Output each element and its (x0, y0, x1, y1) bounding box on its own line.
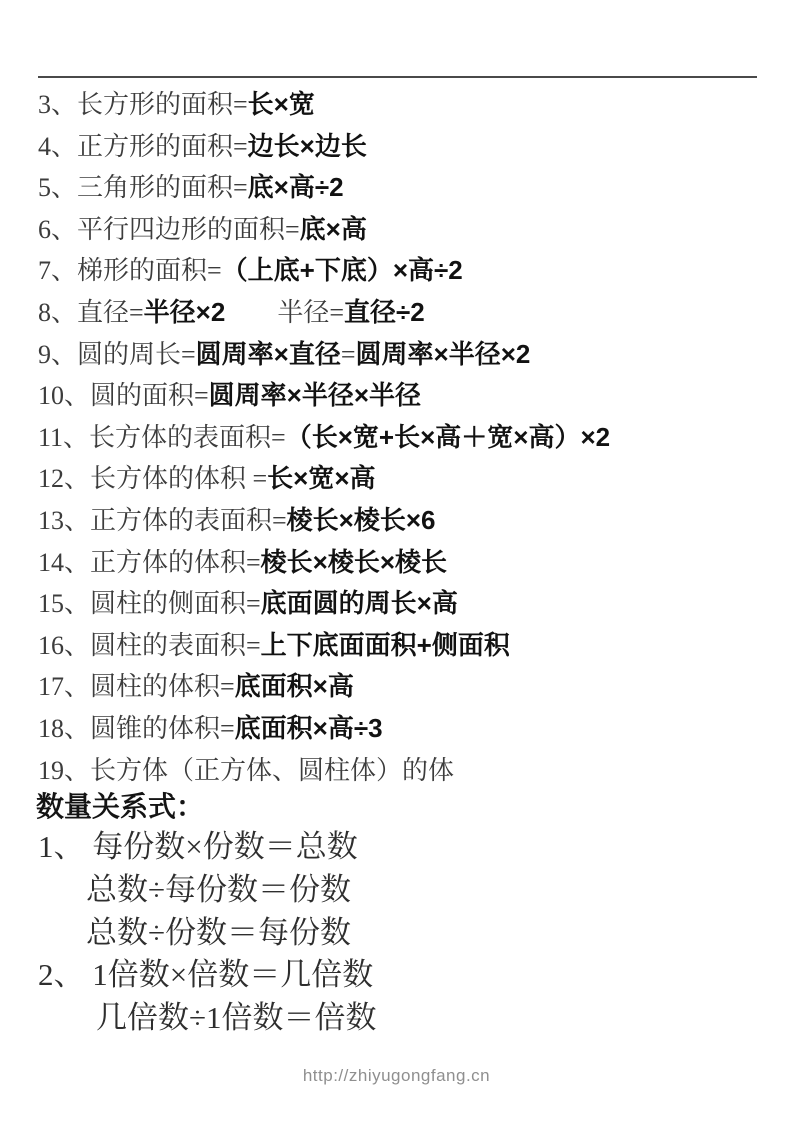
relations-heading: 数量关系式： (36, 790, 204, 824)
formula-expression: 底面圆的周长×高 (261, 588, 458, 618)
relation-line: 总数÷份数＝每份数 (38, 912, 777, 955)
formula-label: 7、梯形的面积= (38, 256, 222, 285)
formula-label: 15、圆柱的侧面积= (38, 589, 261, 618)
formula-line: 15、圆柱的侧面积=底面圆的周长×高 (38, 583, 777, 625)
formula-expression: 棱长×棱长×棱长 (261, 547, 447, 577)
formula-line: 7、梯形的面积=（上底+下底）×高÷2 (38, 250, 777, 292)
formula-label: = (341, 340, 356, 369)
document-page: 3、长方形的面积=长×宽4、正方形的面积=边长×边长5、三角形的面积=底×高÷2… (0, 0, 793, 1122)
formula-label: 10、圆的面积= (38, 381, 209, 410)
formula-line: 8、直径=半径×2 半径=直径÷2 (38, 292, 777, 334)
formula-label: 17、圆柱的体积= (38, 672, 235, 701)
formula-line: 13、正方体的表面积=棱长×棱长×6 (38, 500, 777, 542)
formula-label: 13、正方体的表面积= (38, 506, 287, 535)
formula-label: 半径= (225, 298, 344, 327)
formula-expression: 圆周率×直径 (196, 339, 341, 369)
formula-expression: 半径×2 (144, 297, 226, 327)
formula-line: 14、正方体的体积=棱长×棱长×棱长 (38, 542, 777, 584)
formula-expression: 棱长×棱长×6 (287, 505, 436, 535)
formula-label: 18、圆锥的体积= (38, 714, 235, 743)
formula-line: 18、圆锥的体积=底面积×高÷3 (38, 708, 777, 750)
formula-line: 9、圆的周长=圆周率×直径=圆周率×半径×2 (38, 334, 777, 376)
formula-label: 19、长方体（正方体、圆柱体）的体 (38, 756, 454, 785)
footer-url: http://zhiyugongfang.cn (0, 1066, 793, 1086)
formula-line: 12、长方体的体积 =长×宽×高 (38, 458, 777, 500)
formula-expression: 底×高÷2 (248, 172, 344, 202)
top-rule-divider (38, 76, 757, 78)
relation-line: 几倍数÷1倍数＝倍数 (38, 997, 777, 1040)
formula-expression: 长×宽 (248, 89, 315, 119)
formula-line: 16、圆柱的表面积=上下底面面积+侧面积 (38, 625, 777, 667)
formula-expression: （长×宽+长×高＋宽×高）×2 (286, 422, 610, 452)
formula-line: 11、长方体的表面积=（长×宽+长×高＋宽×高）×2 (38, 417, 777, 459)
formula-expression: 圆周率×半径×半径 (209, 380, 421, 410)
formula-expression: 圆周率×半径×2 (356, 339, 531, 369)
formula-expression: 上下底面面积+侧面积 (261, 630, 510, 660)
formula-label: 14、正方体的体积= (38, 548, 261, 577)
formula-list: 3、长方形的面积=长×宽4、正方形的面积=边长×边长5、三角形的面积=底×高÷2… (38, 84, 777, 791)
relation-line: 2、 1倍数×倍数＝几倍数 (38, 954, 777, 997)
formula-line: 19、长方体（正方体、圆柱体）的体 (38, 750, 777, 792)
formula-line: 3、长方形的面积=长×宽 (38, 84, 777, 126)
formula-label: 12、长方体的体积 = (38, 464, 267, 493)
formula-line: 4、正方形的面积=边长×边长 (38, 126, 777, 168)
formula-expression: 直径÷2 (344, 297, 425, 327)
formula-line: 6、平行四边形的面积=底×高 (38, 209, 777, 251)
formula-expression: 底×高 (300, 214, 367, 244)
relation-list: 1、 每份数×份数＝总数总数÷每份数＝份数总数÷份数＝每份数2、 1倍数×倍数＝… (38, 826, 777, 1040)
formula-expression: 边长×边长 (248, 131, 367, 161)
formula-line: 10、圆的面积=圆周率×半径×半径 (38, 375, 777, 417)
formula-label: 6、平行四边形的面积= (38, 215, 300, 244)
formula-label: 4、正方形的面积= (38, 132, 248, 161)
formula-expression: 底面积×高 (235, 671, 354, 701)
formula-label: 16、圆柱的表面积= (38, 631, 261, 660)
relation-line: 1、 每份数×份数＝总数 (38, 826, 777, 869)
formula-line: 17、圆柱的体积=底面积×高 (38, 666, 777, 708)
formula-label: 5、三角形的面积= (38, 173, 248, 202)
formula-label: 8、直径= (38, 298, 144, 327)
formula-expression: 长×宽×高 (267, 463, 375, 493)
relation-line: 总数÷每份数＝份数 (38, 869, 777, 912)
formula-expression: 底面积×高÷3 (235, 713, 383, 743)
formula-label: 9、圆的周长= (38, 340, 196, 369)
formula-expression: （上底+下底）×高÷2 (222, 255, 463, 285)
formula-label: 11、长方体的表面积= (38, 423, 286, 452)
formula-line: 5、三角形的面积=底×高÷2 (38, 167, 777, 209)
formula-label: 3、长方形的面积= (38, 90, 248, 119)
